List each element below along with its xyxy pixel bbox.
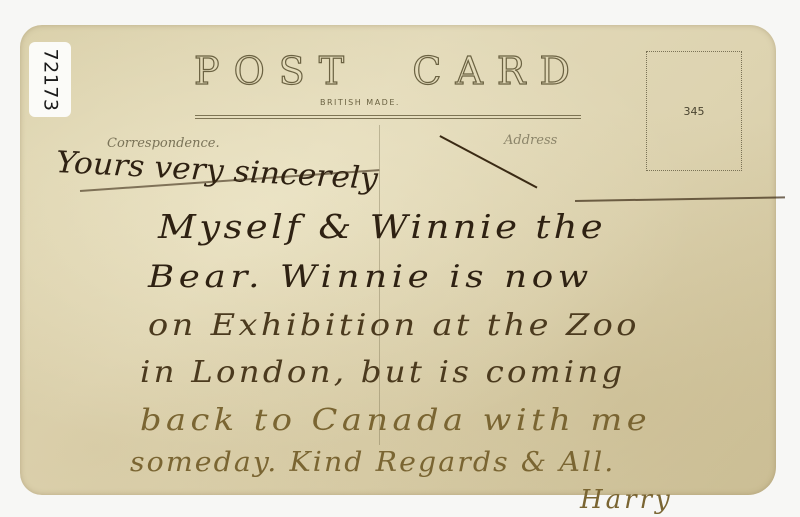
pen-underline-stroke [575, 196, 785, 201]
postcard: 72173 POST CARD BRITISH MADE. 345 Corres… [20, 25, 776, 495]
title-card: CARD [412, 49, 584, 93]
catalog-number-label: 72173 [29, 42, 71, 117]
stamp-box: 345 [646, 51, 742, 171]
handwriting-line-3: Bear. Winnie is now [148, 259, 593, 295]
british-made-subtitle: BRITISH MADE. [320, 98, 400, 107]
handwriting-signature: Harry [580, 485, 673, 515]
handwriting-line-4: on Exhibition at the Zoo [148, 308, 640, 343]
postcard-title: POST CARD [194, 49, 584, 93]
catalog-number: 72173 [39, 48, 61, 111]
title-double-rule [195, 115, 581, 119]
address-label: Address [504, 133, 557, 148]
handwriting-line-2: Myself & Winnie the [158, 207, 606, 246]
handwriting-line-5: in London, but is coming [140, 355, 625, 390]
stamp-box-number: 345 [684, 105, 705, 118]
title-post: POST [194, 49, 358, 93]
handwriting-line-6: back to Canada with me [140, 403, 651, 438]
handwriting-line-7: someday. Kind Regards & All. [130, 447, 615, 478]
